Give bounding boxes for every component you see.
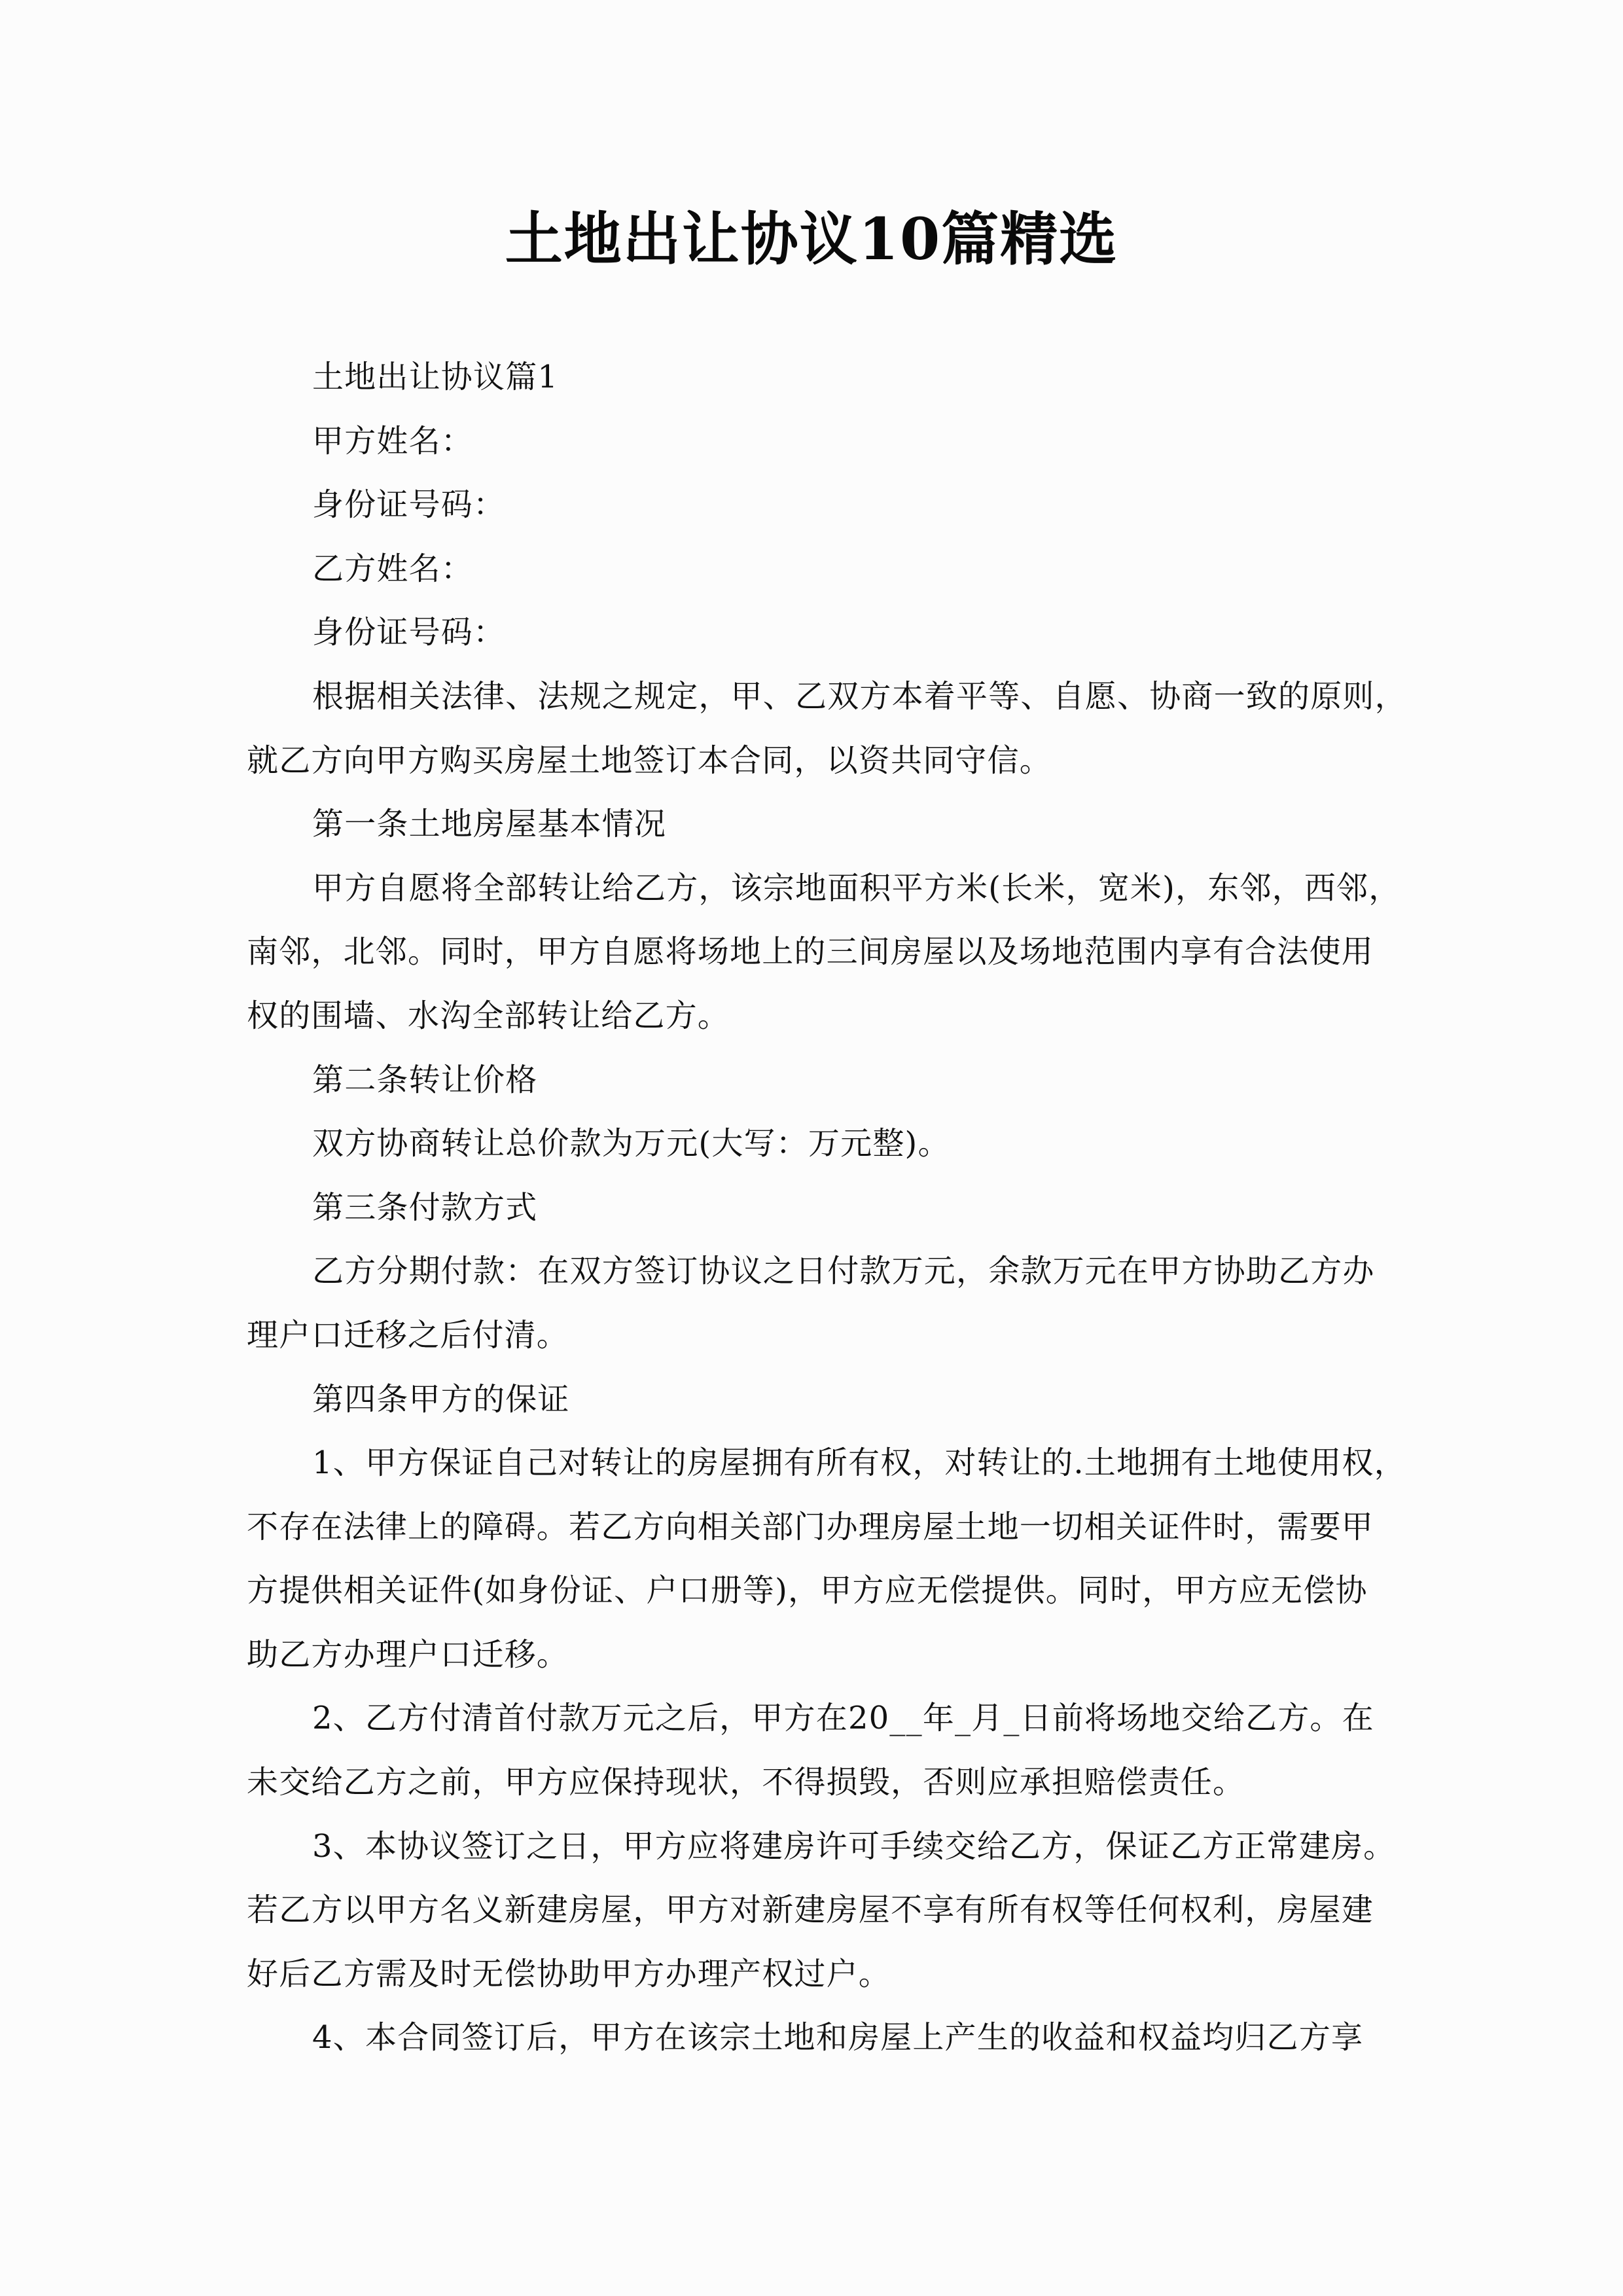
preamble-line: 就乙方向甲方购买房屋土地签订本合同，以资共同守信。 (247, 734, 1379, 798)
article-4-clause-1: 方提供相关证件(如身份证、户口册等)，甲方应无偿提供。同时，甲方应无偿协 (247, 1564, 1379, 1628)
document-page: 土地出让协议10篇精选 土地出让协议篇1 甲方姓名： 身份证号码： 乙方姓名： … (0, 0, 1623, 2296)
preamble-line: 根据相关法律、法规之规定，甲、乙双方本着平等、自愿、协商一致的原则， (247, 670, 1379, 734)
article-4-clause-3: 3、本协议签订之日，甲方应将建房许可手续交给乙方，保证乙方正常建房。 (247, 1820, 1379, 1884)
party-a-name-field: 甲方姓名： (247, 415, 1379, 479)
party-a-id-field: 身份证号码： (247, 478, 1379, 543)
article-1-heading: 第一条土地房屋基本情况 (247, 798, 1379, 862)
article-3-text: 理户口迁移之后付清。 (247, 1309, 1379, 1373)
article-4-clause-1: 1、甲方保证自己对转让的房屋拥有所有权，对转让的.土地拥有土地使用权， (247, 1437, 1379, 1501)
article-4-clause-2: 未交给乙方之前，甲方应保持现状，不得损毁，否则应承担赔偿责任。 (247, 1756, 1379, 1820)
party-b-name-field: 乙方姓名： (247, 543, 1379, 607)
party-b-id-field: 身份证号码： (247, 606, 1379, 670)
document-body: 土地出让协议篇1 甲方姓名： 身份证号码： 乙方姓名： 身份证号码： 根据相关法… (247, 351, 1379, 2075)
article-4-clause-1: 不存在法律上的障碍。若乙方向相关部门办理房屋土地一切相关证件时，需要甲 (247, 1501, 1379, 1565)
article-2-text: 双方协商转让总价款为万元(大写：万元整)。 (247, 1117, 1379, 1181)
article-4-heading: 第四条甲方的保证 (247, 1373, 1379, 1437)
article-4-clause-3: 若乙方以甲方名义新建房屋，甲方对新建房屋不享有所有权等任何权利，房屋建 (247, 1884, 1379, 1948)
article-1-text: 权的围墙、水沟全部转让给乙方。 (247, 990, 1379, 1054)
article-4-clause-3: 好后乙方需及时无偿协助甲方办理产权过户。 (247, 1948, 1379, 2012)
document-title: 土地出让协议10篇精选 (0, 196, 1623, 281)
article-3-heading: 第三条付款方式 (247, 1181, 1379, 1246)
article-4-clause-2: 2、乙方付清首付款万元之后，甲方在20__年_月_日前将场地交给乙方。在 (247, 1692, 1379, 1756)
article-4-clause-4: 4、本合同签订后，甲方在该宗土地和房屋上产生的收益和权益均归乙方享 (247, 2011, 1379, 2075)
article-1-text: 南邻，北邻。同时，甲方自愿将场地上的三间房屋以及场地范围内享有合法使用 (247, 925, 1379, 990)
article-4-clause-1: 助乙方办理户口迁移。 (247, 1628, 1379, 1693)
article-1-text: 甲方自愿将全部转让给乙方，该宗地面积平方米(长米，宽米)，东邻，西邻， (247, 862, 1379, 926)
article-3-text: 乙方分期付款：在双方签订协议之日付款万元，余款万元在甲方协助乙方办 (247, 1245, 1379, 1309)
article-2-heading: 第二条转让价格 (247, 1054, 1379, 1118)
section-heading: 土地出让协议篇1 (247, 351, 1379, 415)
